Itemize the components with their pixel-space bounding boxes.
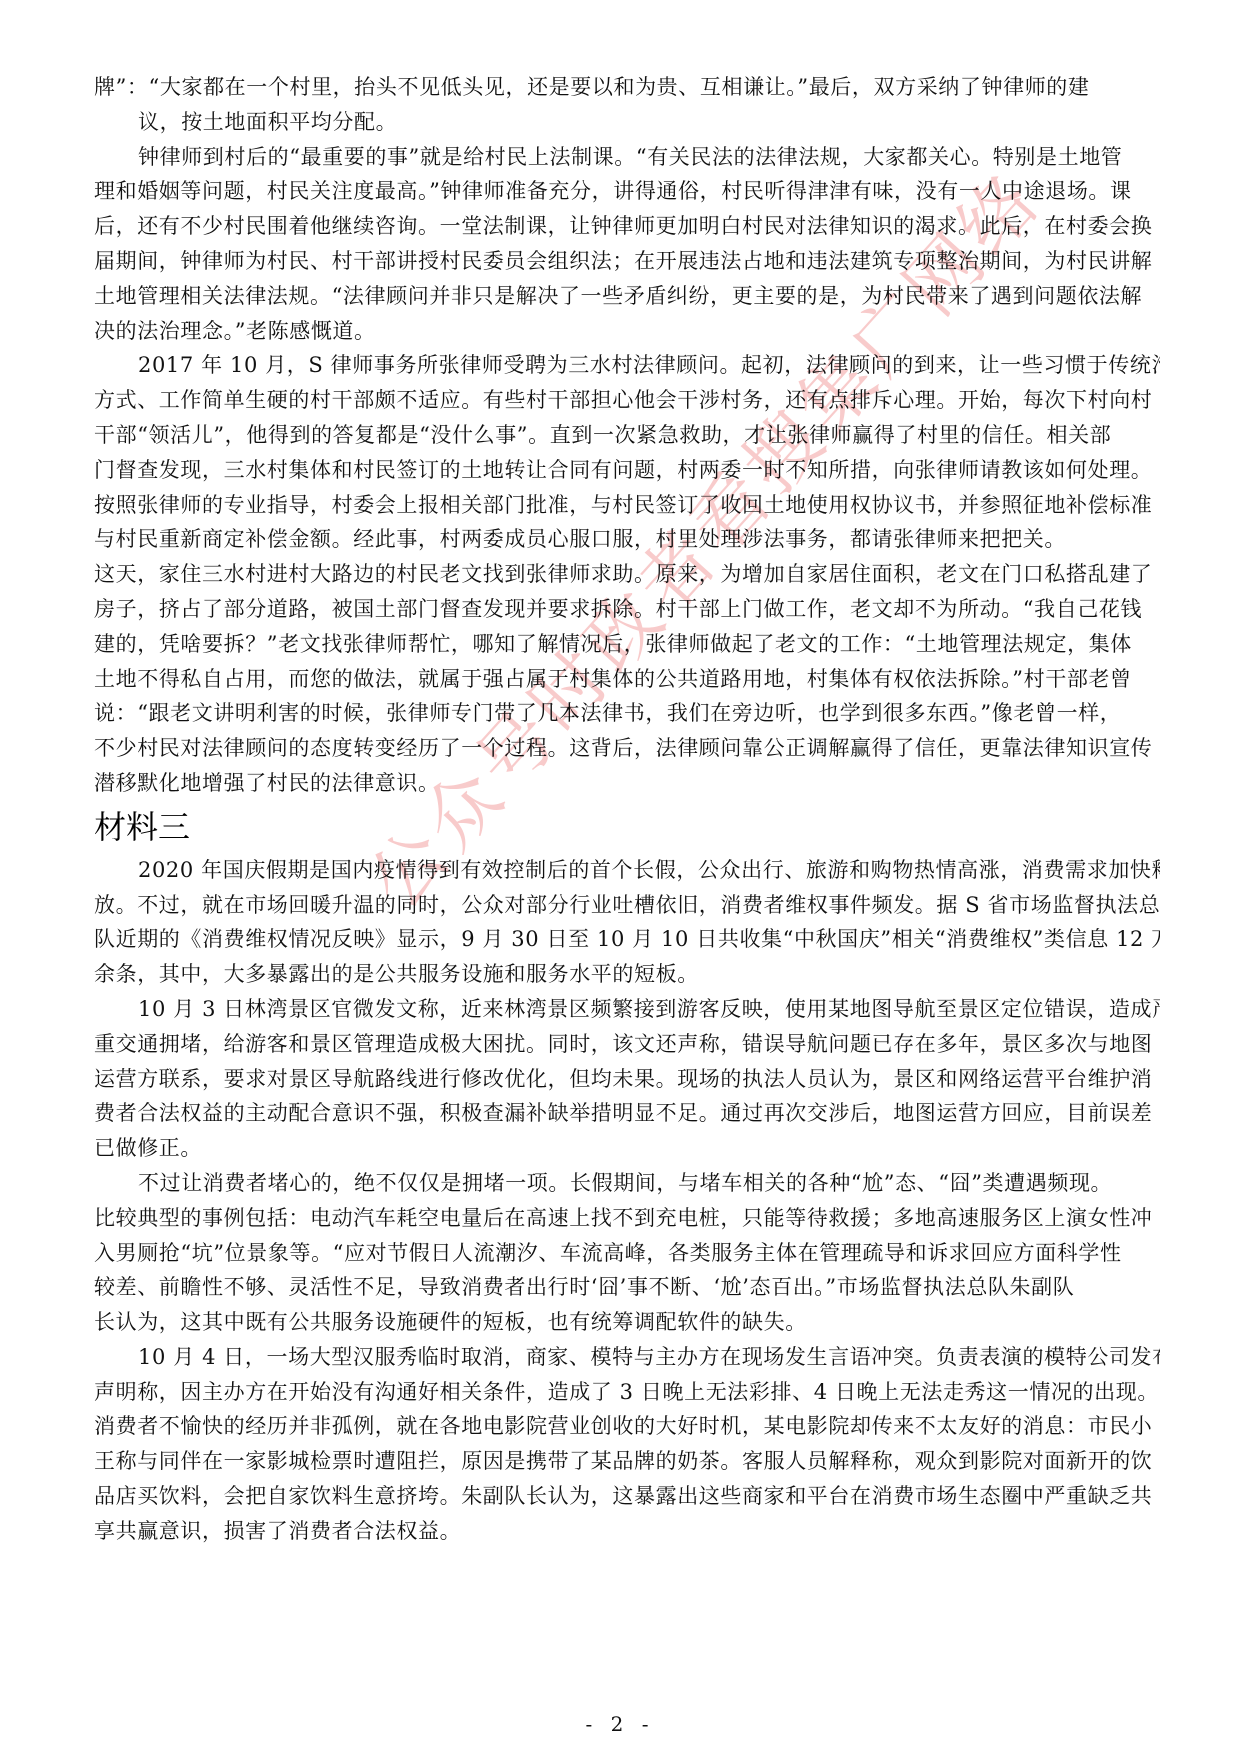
text-line: 重交通拥堵，给游客和景区管理造成极大困扰。同时，该文还声称，错误导航问题已存在多… [94,1027,1160,1062]
text-line: 方式、工作简单生硬的村干部颇不适应。有些村干部担心他会干涉村务，还有点排斥心理。… [94,383,1160,418]
text-line: 理和婚姻等问题，村民关注度最高。”钟律师准备充分，讲得通俗，村民听得津津有味，没… [94,174,1160,209]
text-line: 费者合法权益的主动配合意识不强，积极查漏补缺举措明显不足。通过再次交涉后，地图运… [94,1096,1160,1131]
text-line: 房子，挤占了部分道路，被国土部门督查发现并要求拆除。村干部上门做工作，老文却不为… [94,592,1160,627]
text-line: 消费者不愉快的经历并非孤例，就在各地电影院营业创收的大好时机，某电影院却传来不太… [94,1409,1160,1444]
text-line: 这天，家住三水村进村大路边的村民老文找到张律师求助。原来，为增加自家居住面积，老… [94,557,1160,592]
text-line: 后，还有不少村民围着他继续咨询。一堂法制课，让钟律师更加明白村民对法律知识的渴求… [94,209,1160,244]
material-two-continuation: 牌”：“大家都在一个村里，抬头不见低头见，还是要以和为贵、互相谦让。”最后，双方… [94,70,1160,801]
text-line: 不过让消费者堵心的，绝不仅仅是拥堵一项。长假期间，与堵车相关的各种“尬”态、“囧… [94,1166,1160,1201]
text-line: 按照张律师的专业指导，村委会上报相关部门批准，与村民签订了收回土地使用权协议书，… [94,488,1160,523]
text-line: 运营方联系，要求对景区导航路线进行修改优化，但均未果。现场的执法人员认为，景区和… [94,1062,1160,1097]
text-line: 放。不过，就在市场回暖升温的同时，公众对部分行业吐槽依旧，消费者维权事件频发。据… [94,888,1160,923]
text-line: 说：“跟老文讲明利害的时候，张律师专门带了几本法律书，我们在旁边听，也学到很多东… [94,696,1160,731]
text-line: 2020 年国庆假期是国内疫情得到有效控制后的首个长假，公众出行、旅游和购物热情… [94,853,1160,888]
material-three-body: 2020 年国庆假期是国内疫情得到有效控制后的首个长假，公众出行、旅游和购物热情… [94,853,1160,1549]
text-line: 长认为，这其中既有公共服务设施硬件的短板，也有统筹调配软件的缺失。 [94,1305,1160,1340]
text-line: 土地管理相关法律法规。“法律顾问并非只是解决了一些矛盾纠纷，更主要的是，为村民带… [94,279,1160,314]
text-line: 决的法治理念。”老陈感慨道。 [94,314,1160,349]
text-line: 与村民重新商定补偿金额。经此事，村两委成员心服口服，村里处理涉法事务，都请张律师… [94,522,1160,557]
text-line: 10 月 3 日林湾景区官微发文称，近来林湾景区频繁接到游客反映，使用某地图导航… [94,992,1160,1027]
text-line: 潜移默化地增强了村民的法律意识。 [94,766,1160,801]
section-heading: 材料三 [94,803,1160,851]
text-line: 建的，凭啥要拆？”老文找张律师帮忙，哪知了解情况后，张律师做起了老文的工作：“土… [94,627,1160,662]
text-line: 队近期的《消费维权情况反映》显示，9 月 30 日至 10 月 10 日共收集“… [94,922,1160,957]
text-line: 2017 年 10 月，S 律师事务所张律师受聘为三水村法律顾问。起初，法律顾问… [94,348,1160,383]
text-line: 入男厕抢“坑”位景象等。“应对节假日人流潮汐、车流高峰，各类服务主体在管理疏导和… [94,1236,1160,1271]
text-line: 届期间，钟律师为村民、村干部讲授村民委员会组织法；在开展违法占地和违法建筑专项整… [94,244,1160,279]
page-number: - 2 - [0,1712,1240,1736]
text-line: 不少村民对法律顾问的态度转变经历了一个过程。这背后，法律顾问靠公正调解赢得了信任… [94,731,1160,766]
text-line: 牌”：“大家都在一个村里，抬头不见低头见，还是要以和为贵、互相谦让。”最后，双方… [94,70,1160,105]
text-line: 王称与同伴在一家影城检票时遭阻拦，原因是携带了某品牌的奶茶。客服人员解释称，观众… [94,1444,1160,1479]
text-line: 已做修正。 [94,1131,1160,1166]
document-page: 公众号时政者看搜集广网络 牌”：“大家都在一个村里，抬头不见低头见，还是要以和为… [0,0,1240,1754]
text-line: 声明称，因主办方在开始没有沟通好相关条件，造成了 3 日晚上无法彩排、4 日晚上… [94,1375,1160,1410]
text-line: 较差、前瞻性不够、灵活性不足，导致消费者出行时‘囧’事不断、‘尬’态百出。”市场… [94,1270,1160,1305]
text-line: 余条，其中，大多暴露出的是公共服务设施和服务水平的短板。 [94,957,1160,992]
text-line: 品店买饮料，会把自家饮料生意挤垮。朱副队长认为，这暴露出这些商家和平台在消费市场… [94,1479,1160,1514]
text-line: 门督查发现，三水村集体和村民签订的土地转让合同有问题，村两委一时不知所措，向张律… [94,453,1160,488]
text-line: 享共赢意识，损害了消费者合法权益。 [94,1514,1160,1549]
text-line: 比较典型的事例包括：电动汽车耗空电量后在高速上找不到充电桩，只能等待救援；多地高… [94,1201,1160,1236]
text-line: 土地不得私自占用，而您的做法，就属于强占属于村集体的公共道路用地，村集体有权依法… [94,662,1160,697]
document-body: 牌”：“大家都在一个村里，抬头不见低头见，还是要以和为贵、互相谦让。”最后，双方… [94,70,1160,1549]
text-line: 干部“领活儿”，他得到的答复都是“没什么事”。直到一次紧急救助，才让张律师赢得了… [94,418,1160,453]
text-line: 10 月 4 日，一场大型汉服秀临时取消，商家、模特与主办方在现场发生言语冲突。… [94,1340,1160,1375]
text-line: 钟律师到村后的“最重要的事”就是给村民上法制课。“有关民法的法律法规，大家都关心… [94,140,1160,175]
text-line: 议，按土地面积平均分配。 [94,105,1160,140]
